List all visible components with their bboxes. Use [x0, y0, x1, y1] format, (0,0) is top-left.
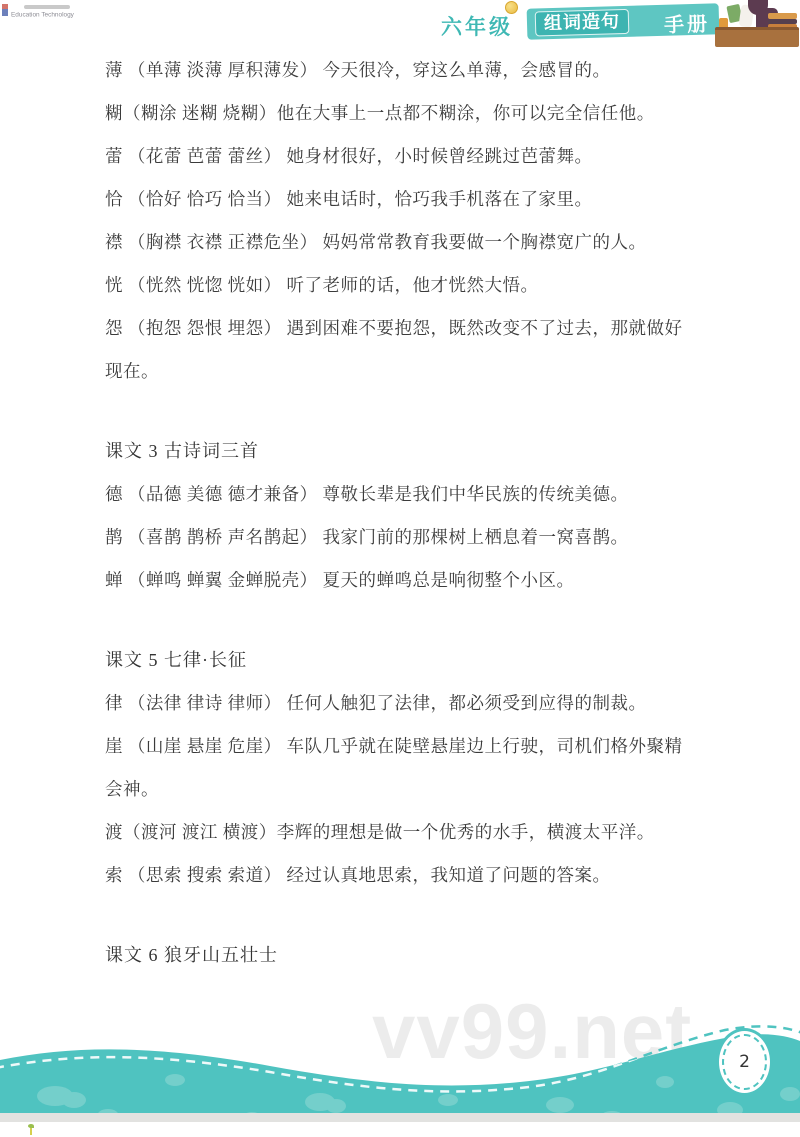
word-entry: 渡（渡河 渡江 横渡）李辉的理想是做一个优秀的水手，横渡太平洋。: [105, 811, 700, 854]
word-entry: 鹊 （喜鹊 鹊桥 声名鹊起） 我家门前的那棵树上栖息着一窝喜鹊。: [105, 516, 700, 559]
sprout-stem: [30, 1127, 32, 1135]
desk-icon: [715, 27, 799, 47]
word-entry: 律 （法律 律诗 律师） 任何人触犯了法律，都必须受到应得的制裁。: [105, 682, 700, 725]
publisher-logo-text: Education Technology: [11, 12, 74, 18]
booklet-title: 组词造句: [535, 9, 630, 37]
sprout-icon: [28, 1124, 34, 1135]
publisher-logo: Education Technology: [2, 2, 122, 24]
word-entry: 襟 （胸襟 衣襟 正襟危坐） 妈妈常常教育我要做一个胸襟宽广的人。: [105, 221, 700, 264]
section-heading: 课文 3 古诗词三首: [105, 430, 700, 473]
booklet-title-suffix: 手册: [664, 8, 711, 38]
word-entry: 德 （品德 美德 德才兼备） 尊敬长辈是我们中华民族的传统美德。: [105, 473, 700, 516]
footer-wave: [0, 1022, 800, 1117]
grade-badge: 六年级: [441, 11, 513, 41]
word-entry: 蕾 （花蕾 芭蕾 蕾丝） 她身材很好，小时候曾经跳过芭蕾舞。: [105, 135, 700, 178]
page-bottom-edge: [0, 1113, 800, 1122]
title-banner: 组词造句 手册: [527, 3, 720, 39]
page-header: Education Technology 六年级 组词造句 手册: [0, 0, 800, 48]
section-heading: 课文 5 七律·长征: [105, 639, 700, 682]
publisher-logo-line1: [24, 5, 70, 9]
page-number-badge: 2: [716, 1028, 773, 1096]
teacher-desk-illustration: [712, 0, 800, 47]
word-entry: 恍 （恍然 恍惚 恍如） 听了老师的话，他才恍然大悟。: [105, 264, 700, 307]
section-heading: 课文 6 狼牙山五壮士: [105, 934, 700, 977]
word-entry: 薄 （单薄 淡薄 厚积薄发） 今天很冷，穿这么单薄，会感冒的。: [105, 49, 700, 92]
coin-icon: [505, 1, 518, 14]
page-number: 2: [722, 1034, 767, 1090]
word-entry: 蝉 （蝉鸣 蝉翼 金蝉脱壳） 夏天的蝉鸣总是响彻整个小区。: [105, 559, 700, 602]
sprout-leaf: [28, 1124, 34, 1128]
word-entry: 索 （思索 搜索 索道） 经过认真地思索，我知道了问题的答案。: [105, 854, 700, 897]
word-entry: 怨 （抱怨 怨恨 埋怨） 遇到困难不要抱怨，既然改变不了过去，那就做好现在。: [105, 307, 700, 393]
publisher-logo-icon: [2, 4, 8, 16]
lesson-content: 薄 （单薄 淡薄 厚积薄发） 今天很冷，穿这么单薄，会感冒的。 糊（糊涂 迷糊 …: [105, 49, 700, 977]
word-entry: 恰 （恰好 恰巧 恰当） 她来电话时，恰巧我手机落在了家里。: [105, 178, 700, 221]
word-entry: 糊（糊涂 迷糊 烧糊）他在大事上一点都不糊涂，你可以完全信任他。: [105, 92, 700, 135]
word-entry: 崖 （山崖 悬崖 危崖） 车队几乎就在陡壁悬崖边上行驶，司机们格外聚精会神。: [105, 725, 700, 811]
